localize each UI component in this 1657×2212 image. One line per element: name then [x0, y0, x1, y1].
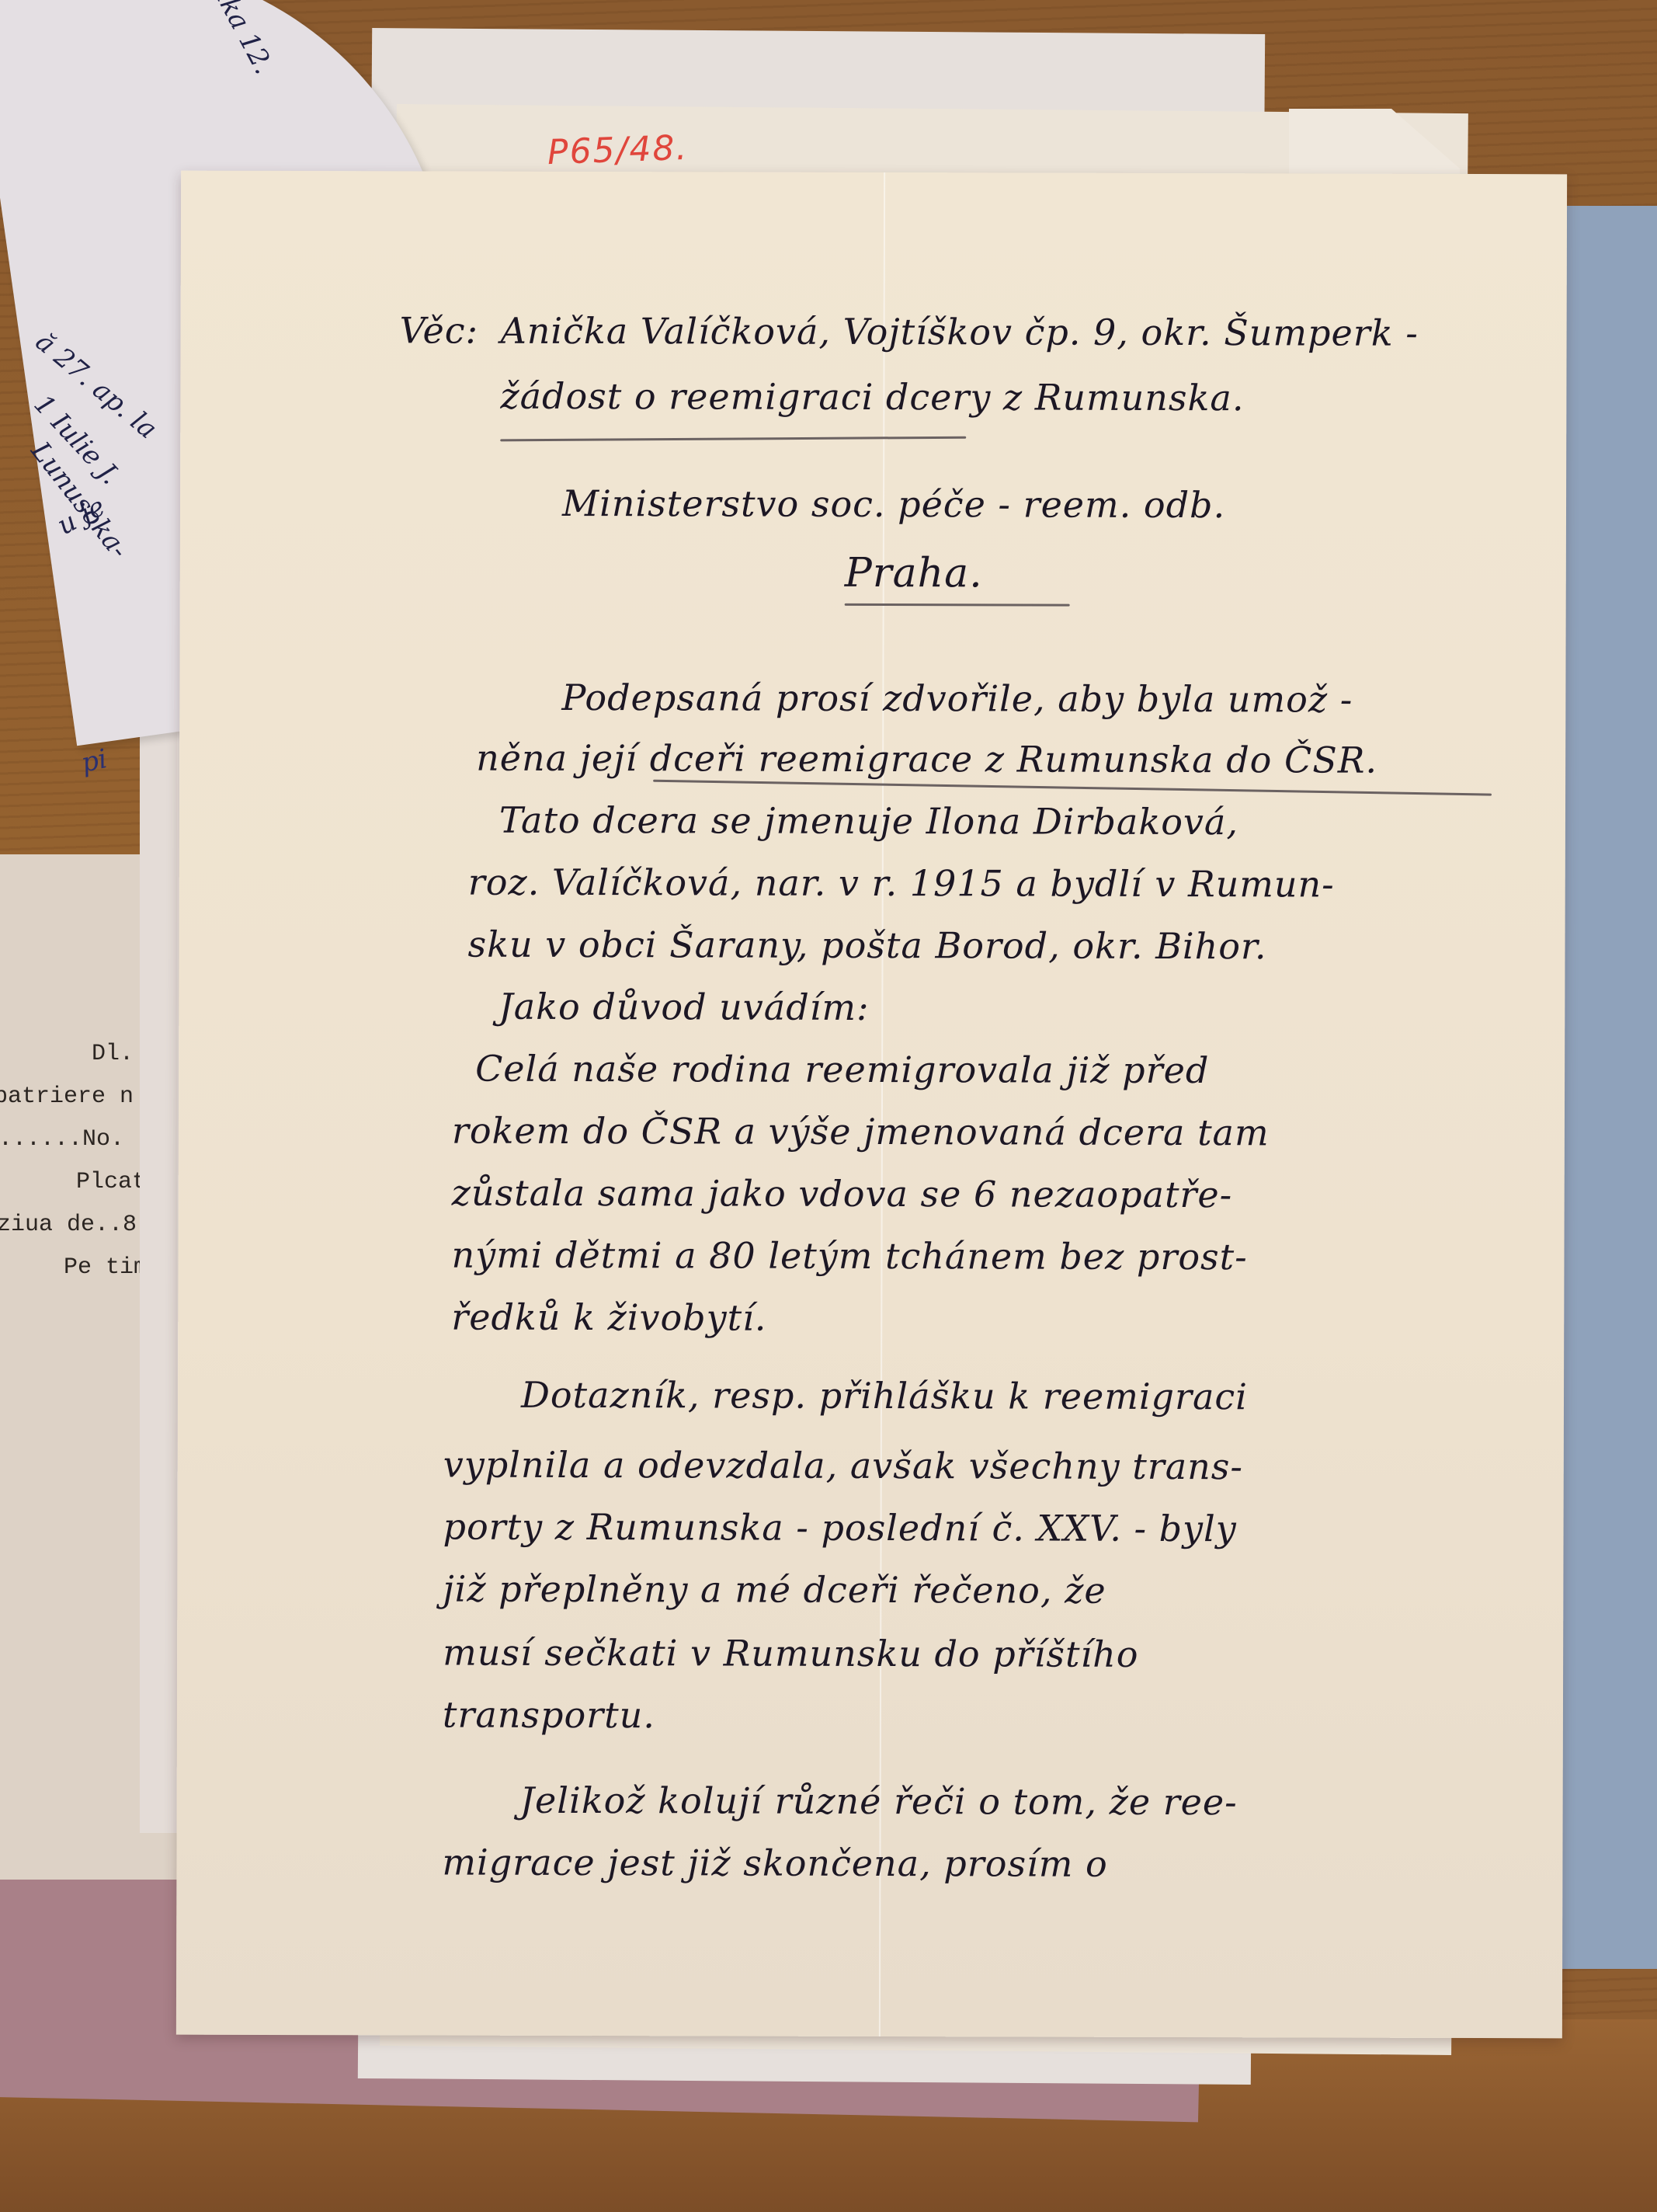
handwritten-letter: Věc: Anička Valíčková, Vojtíškov čp. 9, … — [176, 171, 1567, 2039]
body-line: roz. Valíčková, nar. v r. 1915 a bydlí v… — [468, 861, 1335, 906]
typed-line: Pe tim — [64, 1254, 148, 1281]
body-line: porty z Rumunska - poslední č. XXV. - by… — [443, 1506, 1237, 1550]
body-line: vyplnila a odevzdala, avšak všechny tran… — [443, 1444, 1243, 1488]
typed-line: Dl. — [92, 1041, 134, 1067]
typed-line: ......No. — [0, 1126, 124, 1153]
subject-line: Anička Valíčková, Vojtíškov čp. 9, okr. … — [501, 310, 1419, 354]
body-line: Jelikož kolují různé řeči o tom, že ree- — [520, 1779, 1238, 1823]
body-line: sku v obci Šarany, pošta Borod, okr. Bih… — [467, 923, 1266, 968]
body-line: něna její dceři reemigrace z Rumunska do… — [476, 737, 1377, 781]
pencil-underline — [500, 436, 966, 442]
body-line: Tato dcera se jmenuje Ilona Dirbaková, — [499, 799, 1238, 843]
body-line: Jako důvod uvádím: — [498, 986, 869, 1028]
body-line: migrace jest již skončena, prosím o — [442, 1842, 1107, 1885]
typed-line: Plcat — [76, 1169, 146, 1195]
body-line: nými dětmi a 80 letým tchánem bez prost- — [451, 1234, 1247, 1278]
paper-edge — [140, 590, 178, 1833]
fold-crease — [879, 172, 885, 2036]
subject-label: Věc: — [400, 309, 479, 351]
subject-line: žádost o reemigraci dcery z Rumunska. — [500, 375, 1244, 419]
body-line: Podepsaná prosí zdvořile, aby byla umož … — [561, 676, 1353, 721]
typed-line: ziua de..8 — [0, 1212, 137, 1238]
body-line: Dotazník, resp. přihlášku k reemigraci — [521, 1374, 1248, 1417]
pencil-underline — [845, 603, 1070, 607]
body-line: transportu. — [443, 1694, 655, 1737]
body-line: Celá naše rodina reemigrovala již před — [475, 1048, 1209, 1091]
typed-line: patriere n — [0, 1083, 134, 1110]
body-line: ředků k živobytí. — [451, 1296, 766, 1339]
addressee: Ministerstvo soc. péče - reem. odb. — [562, 482, 1225, 526]
handwritten-note: cuka 12. — [199, 0, 280, 79]
pencil-underline — [653, 780, 1492, 796]
red-archive-number: P65/48. — [547, 128, 689, 172]
addressee-city: Praha. — [845, 550, 983, 596]
body-line: rokem do ČSR a výše jmenovaná dcera tam — [452, 1110, 1270, 1154]
body-line: musí sečkati v Rumunsku do příštího — [443, 1632, 1139, 1675]
body-line: již přeplněny a mé dceři řečeno, že — [443, 1568, 1106, 1612]
body-line: zůstala sama jako vdova se 6 nezaopatře- — [452, 1172, 1233, 1216]
